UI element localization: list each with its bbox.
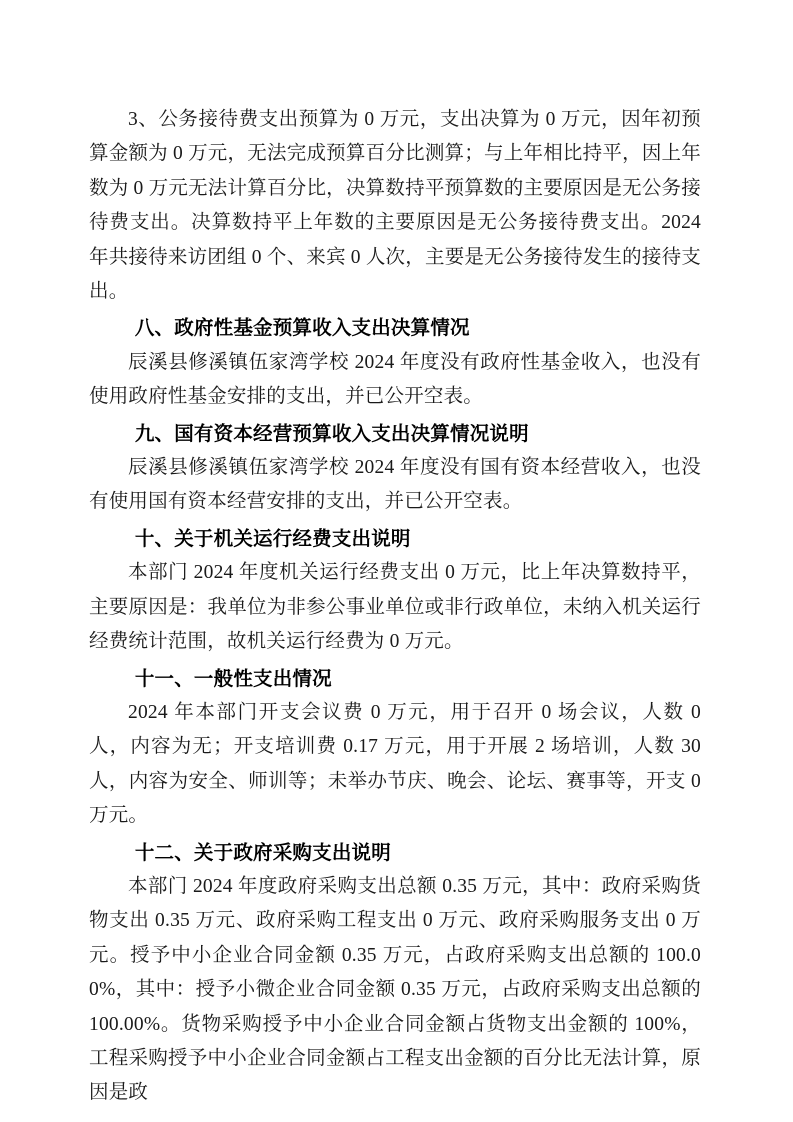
heading-section-11-general-expense: 十一、一般性支出情况: [89, 662, 701, 696]
document-page: 3、公务接待费支出预算为 0 万元，支出决算为 0 万元，因年初预算金额为 0 …: [0, 0, 793, 1122]
paragraph-general-expense: 2024 年本部门开支会议费 0 万元，用于召开 0 场会议，人数 0 人，内容…: [89, 696, 701, 834]
heading-section-8-govt-fund: 八、政府性基金预算收入支出决算情况: [89, 311, 701, 345]
heading-section-12-govt-procurement: 十二、关于政府采购支出说明: [89, 836, 701, 870]
heading-section-10-agency-operation: 十、关于机关运行经费支出说明: [89, 522, 701, 556]
paragraph-state-capital: 辰溪县修溪镇伍家湾学校 2024 年度没有国有资本经营收入，也没有使用国有资本经…: [89, 451, 701, 520]
paragraph-agency-operation: 本部门 2024 年度机关运行经费支出 0 万元，比上年决算数持平，主要原因是：…: [89, 556, 701, 659]
paragraph-govt-procurement: 本部门 2024 年度政府采购支出总额 0.35 万元，其中：政府采购货物支出 …: [89, 870, 701, 1111]
paragraph-govt-fund: 辰溪县修溪镇伍家湾学校 2024 年度没有政府性基金收入，也没有使用政府性基金安…: [89, 346, 701, 415]
heading-section-9-state-capital: 九、国有资本经营预算收入支出决算情况说明: [89, 417, 701, 451]
document-content: 3、公务接待费支出预算为 0 万元，支出决算为 0 万元，因年初预算金额为 0 …: [89, 103, 701, 1111]
paragraph-reception-fee: 3、公务接待费支出预算为 0 万元，支出决算为 0 万元，因年初预算金额为 0 …: [89, 103, 701, 309]
